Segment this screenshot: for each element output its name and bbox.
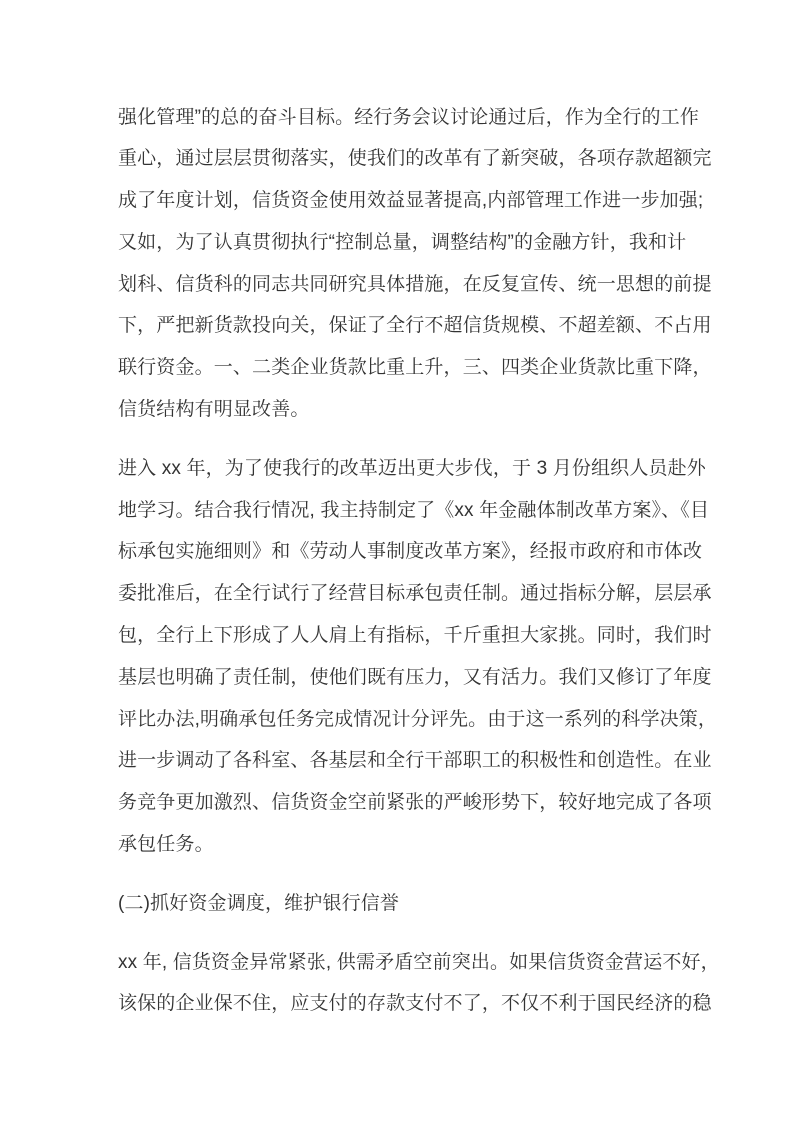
section-heading-text: (二)抓好资金调度，维护银行信誉 — [118, 883, 681, 925]
text-line: 该保的企业保不住，应支付的存款支付不了，不仅不利于国民经济的稳 — [118, 983, 681, 1025]
text-line: 承包任务。 — [118, 824, 681, 866]
paragraph-3: xx 年, 信货资金异常紧张, 供需矛盾空前突出。如果信货资金营运不好， 该保的… — [118, 942, 681, 1026]
section-heading: (二)抓好资金调度，维护银行信誉 — [118, 883, 681, 925]
text-line: 进一步调动了各科室、各基层和全行干部职工的积极性和创造性。在业 — [118, 740, 681, 782]
text-line: 包，全行上下形成了人人肩上有指标，千斤重担大家挑。同时，我们时 — [118, 615, 681, 657]
text-line: 又如，为了认真贯彻执行“控制总量，调整结构”的金融方针，我和计 — [118, 222, 681, 264]
text-line: 务竞争更加激烈、信货资金空前紧张的严峻形势下，较好地完成了各项 — [118, 782, 681, 824]
text-line: 委批准后，在全行试行了经营目标承包责任制。通过指标分解，层层承 — [118, 573, 681, 615]
text-line: 基层也明确了责任制，使他们既有压力，又有活力。我们又修订了年度 — [118, 657, 681, 699]
text-line: xx 年, 信货资金异常紧张, 供需矛盾空前突出。如果信货资金营运不好， — [118, 942, 681, 984]
text-line: 地学习。结合我行情况, 我主持制定了《xx 年金融体制改革方案》、《目 — [118, 490, 681, 532]
text-line: 成了年度计划，信货资金使用效益显著提高,内部管理工作进一步加强; — [118, 180, 681, 222]
text-line: 信货结构有明显改善。 — [118, 389, 681, 431]
text-line: 强化管理”的总的奋斗目标。经行务会议讨论通过后，作为全行的工作 — [118, 97, 681, 139]
text-line: 划科、信货科的同志共同研究具体措施，在反复宣传、统一思想的前提 — [118, 264, 681, 306]
document-page: 强化管理”的总的奋斗目标。经行务会议讨论通过后，作为全行的工作 重心，通过层层贯… — [0, 0, 793, 1122]
text-line: 重心，通过层层贯彻落实，使我们的改革有了新突破，各项存款超额完 — [118, 138, 681, 180]
text-line: 进入 xx 年，为了使我行的改革迈出更大步伐，于 3 月份组织人员赴外 — [118, 448, 681, 490]
text-line: 联行资金。一、二类企业货款比重上升，三、四类企业货款比重下降， — [118, 347, 681, 389]
text-line: 评比办法,明确承包任务完成情况计分评先。由于这一系列的科学决策， — [118, 699, 681, 741]
paragraph-2: 进入 xx 年，为了使我行的改革迈出更大步伐，于 3 月份组织人员赴外 地学习。… — [118, 448, 681, 866]
paragraph-1: 强化管理”的总的奋斗目标。经行务会议讨论通过后，作为全行的工作 重心，通过层层贯… — [118, 97, 681, 431]
text-line: 标承包实施细则》和《劳动人事制度改革方案》，经报市政府和市体改 — [118, 531, 681, 573]
text-line: 下，严把新货款投向关，保证了全行不超信货规模、不超差额、不占用 — [118, 305, 681, 347]
